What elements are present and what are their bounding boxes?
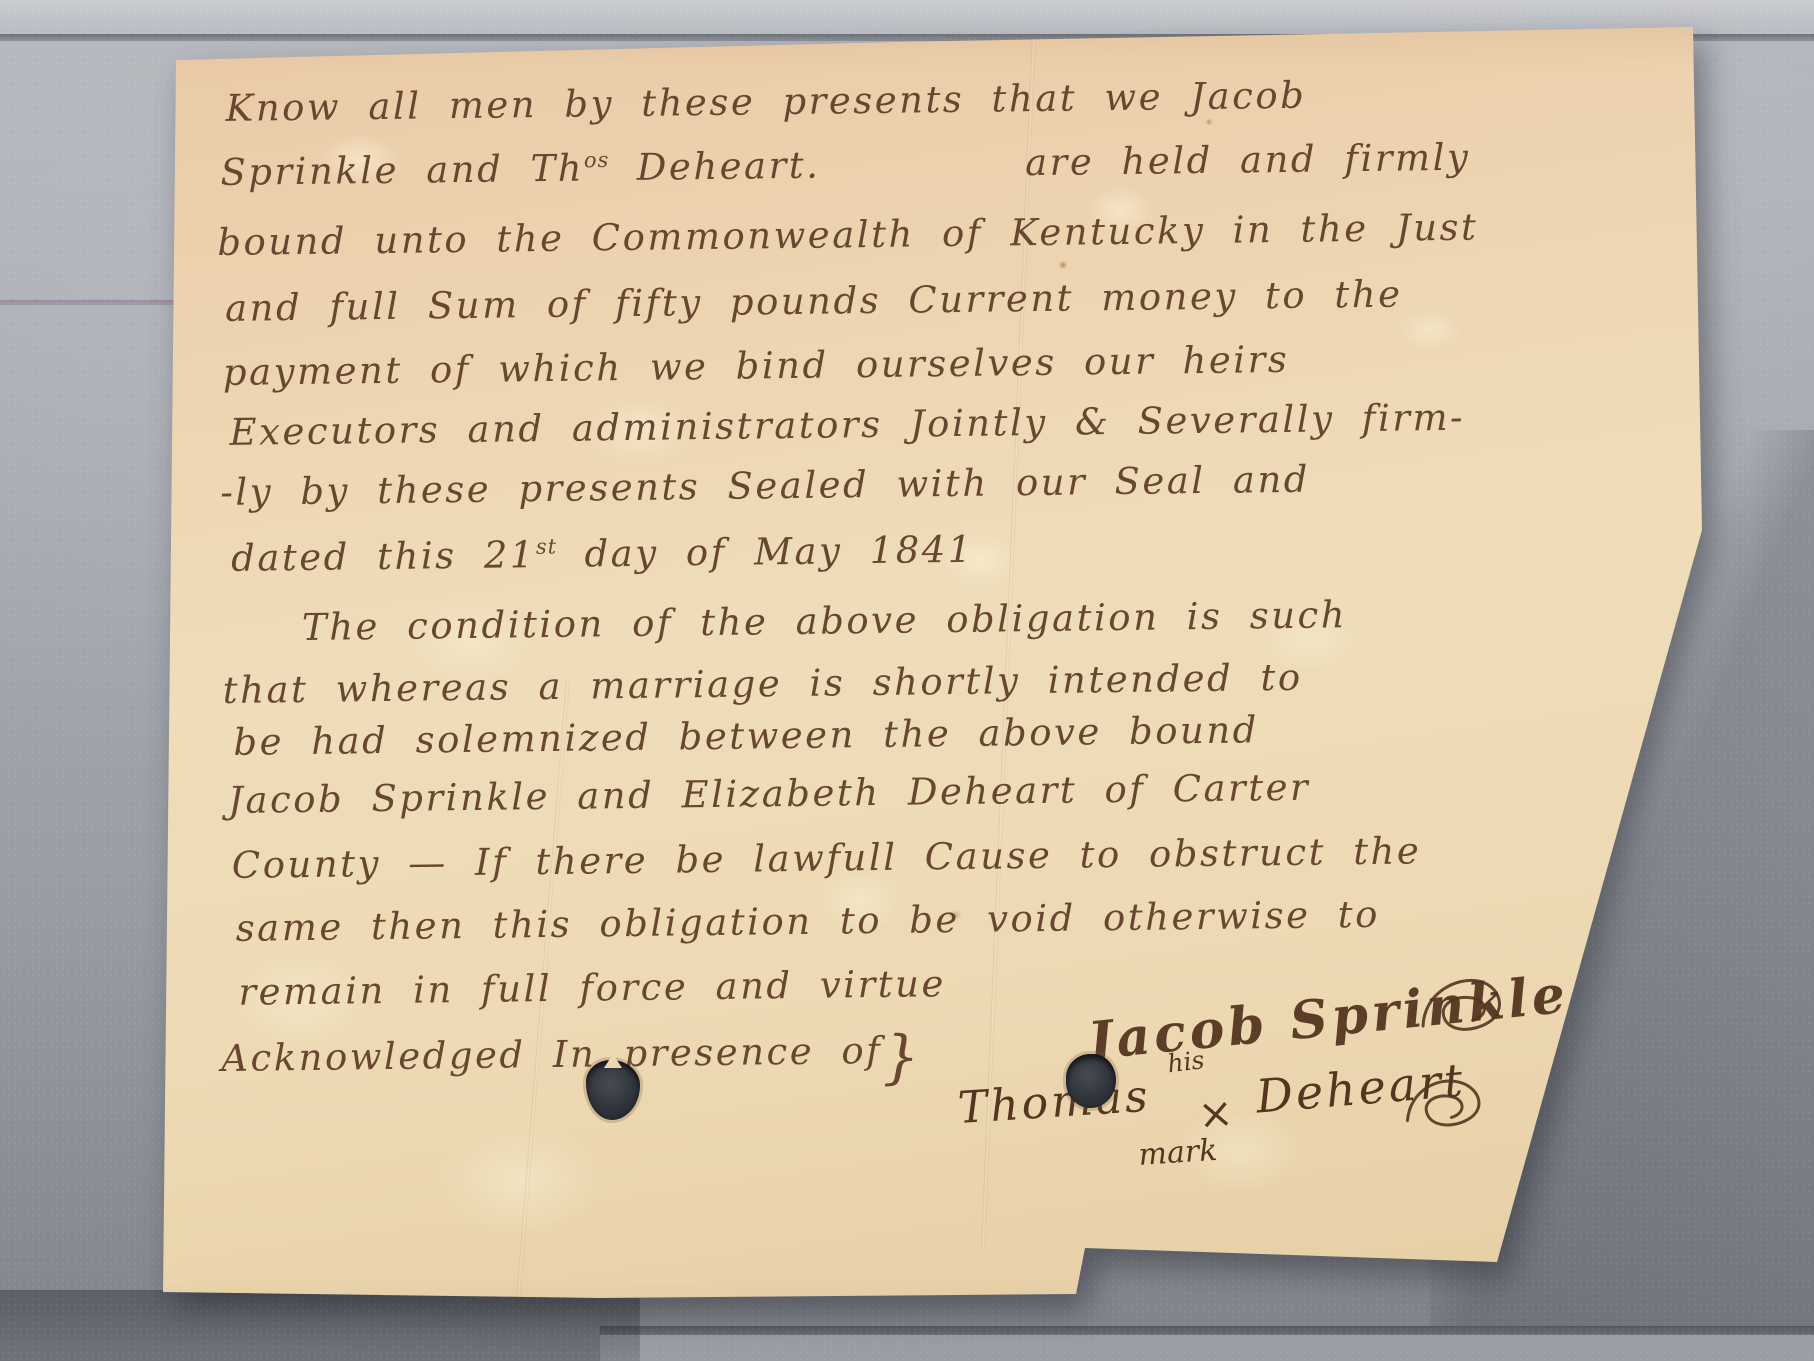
his-mark-label-bottom: mark [1137,1133,1218,1173]
text-line-5: payment of which we bind ourselves our h… [223,338,1290,394]
document-text: Know all men by these presents that we J… [0,0,1814,1361]
photo-scene: Know all men by these presents that we J… [0,0,1814,1361]
text-line-2-right: are held and firmly [1025,136,1471,184]
document-paper: Know all men by these presents that we J… [0,0,1814,1361]
text-line-2-left: Sprinkle and Thos Deheart. [220,144,820,194]
text-line-13: County — If there be lawfull Cause to ob… [232,829,1422,887]
superscript-st: st [536,535,558,559]
punch-hole-left [586,1060,640,1120]
text-line-1: Know all men by these presents that we J… [225,74,1306,130]
fold-crease-right [981,32,1036,1249]
signature-jacob-sprinkle: Jacob Sprinkle [1085,964,1572,1073]
his-mark-label-top: his [1166,1045,1206,1078]
his-mark-x: × [1196,1088,1235,1140]
text-line-11: be had solemnized between the above boun… [233,708,1259,764]
paper-wrap: Know all men by these presents that we J… [0,0,1814,1361]
text-line-15: remain in full force and virtue [238,962,946,1014]
signature-deheart: Deheart [1254,1053,1468,1124]
text-line-2: Sprinkle and Thos Deheart. are held and … [220,136,1470,194]
brace-glyph: } [882,1022,920,1090]
text-line-14: same then this obligation to be void oth… [235,893,1380,950]
superscript-os: os [584,148,610,172]
text-line-3: bound unto the Commonwealth of Kentucky … [217,206,1479,264]
punch-hole-right [1066,1054,1116,1108]
fold-crease-left [516,680,570,1298]
text-line-7: -ly by these presents Sealed with our Se… [220,458,1310,514]
text-line-9: The condition of the above obligation is… [302,593,1348,649]
seal-flourish-icon [1412,965,1514,1050]
text-line-4: and full Sum of fifty pounds Current mon… [225,273,1403,330]
witness-line: Acknowledged In presence of} [221,1028,920,1080]
signature-thomas: Thomas [956,1071,1152,1134]
text-line-10: that whereas a marriage is shortly inten… [223,656,1303,712]
seal-flourish-icon [1398,1067,1491,1143]
text-line-12: Jacob Sprinkle and Elizabeth Deheart of … [228,766,1311,822]
text-line-8: dated this 21st day of May 1841 [231,528,974,580]
text-line-6: Executors and administrators Jointly & S… [229,396,1465,454]
